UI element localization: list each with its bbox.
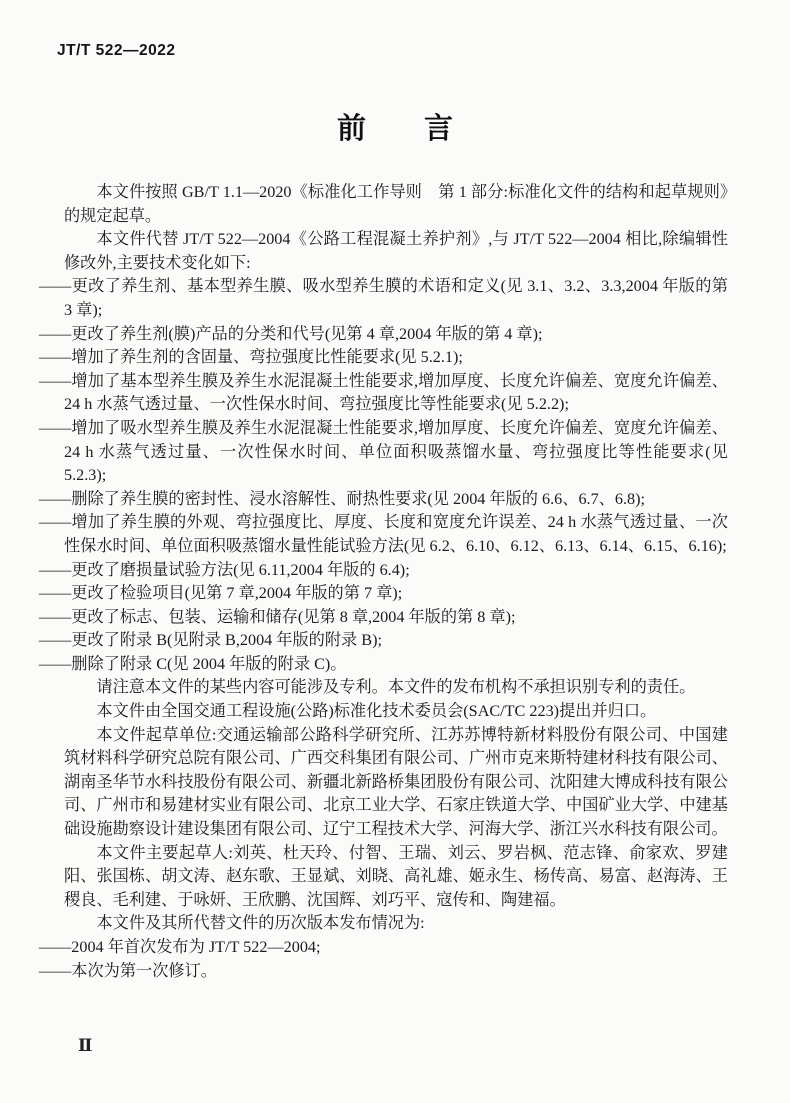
history-item: ——本次为第一次修订。 — [64, 960, 728, 984]
change-item: ——删除了养生膜的密封性、浸水溶解性、耐热性要求(见 2004 年版的 6.6、… — [64, 488, 728, 512]
change-item: ——增加了基本型养生膜及养生水泥混凝土性能要求,增加厚度、长度允许偏差、宽度允许… — [64, 370, 728, 417]
patent-notice-paragraph: 请注意本文件的某些内容可能涉及专利。本文件的发布机构不承担识别专利的责任。 — [64, 676, 728, 700]
page-title: 前 言 — [0, 106, 790, 147]
intro-paragraph: 本文件代替 JT/T 522—2004《公路工程混凝土养护剂》,与 JT/T 5… — [64, 228, 728, 275]
drafting-units-paragraph: 本文件起草单位:交通运输部公路科学研究所、江苏苏博特新材料股份有限公司、中国建筑… — [64, 724, 728, 842]
doc-code-header: JT/T 522—2022 — [57, 42, 176, 60]
change-item: ——删除了附录 C(见 2004 年版的附录 C)。 — [64, 653, 728, 677]
change-item: ——更改了养生剂(膜)产品的分类和代号(见第 4 章,2004 年版的第 4 章… — [64, 323, 728, 347]
change-item: ——增加了养生膜的外观、弯拉强度比、厚度、长度和宽度允许误差、24 h 水蒸气透… — [64, 511, 728, 558]
history-intro-paragraph: 本文件及其所代替文件的历次版本发布情况为: — [64, 912, 728, 936]
change-item: ——更改了养生剂、基本型养生膜、吸水型养生膜的术语和定义(见 3.1、3.2、3… — [64, 275, 728, 322]
page-number: Ⅱ — [78, 1036, 92, 1056]
change-item: ——更改了附录 B(见附录 B,2004 年版的附录 B); — [64, 629, 728, 653]
committee-paragraph: 本文件由全国交通工程设施(公路)标准化技术委员会(SAC/TC 223)提出并归… — [64, 700, 728, 724]
drafters-paragraph: 本文件主要起草人:刘英、杜天玲、付智、王瑞、刘云、罗岩枫、范志锋、俞家欢、罗建阳… — [64, 842, 728, 913]
change-item: ——更改了磨损量试验方法(见 6.11,2004 年版的 6.4); — [64, 559, 728, 583]
change-item: ——更改了标志、包装、运输和储存(见第 8 章,2004 年版的第 8 章); — [64, 606, 728, 630]
document-page: JT/T 522—2022 前 言 本文件按照 GB/T 1.1—2020《标准… — [0, 0, 790, 1103]
history-item: ——2004 年首次发布为 JT/T 522—2004; — [64, 936, 728, 960]
change-item: ——更改了检验项目(见第 7 章,2004 年版的第 7 章); — [64, 582, 728, 606]
change-item: ——增加了吸水型养生膜及养生水泥混凝土性能要求,增加厚度、长度允许偏差、宽度允许… — [64, 417, 728, 488]
foreword-body: 本文件按照 GB/T 1.1—2020《标准化工作导则 第 1 部分:标准化文件… — [64, 181, 728, 983]
change-item: ——增加了养生剂的含固量、弯拉强度比性能要求(见 5.2.1); — [64, 346, 728, 370]
intro-paragraph: 本文件按照 GB/T 1.1—2020《标准化工作导则 第 1 部分:标准化文件… — [64, 181, 728, 228]
